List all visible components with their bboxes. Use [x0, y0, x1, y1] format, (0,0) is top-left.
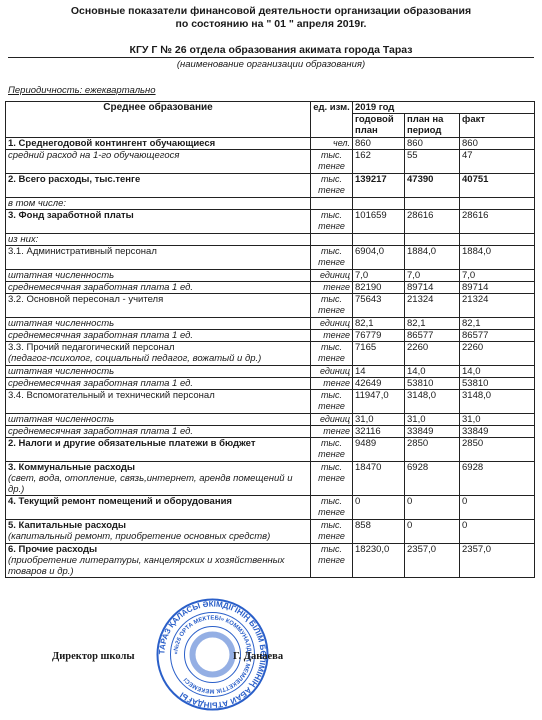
row-value-period: 0 — [405, 496, 460, 520]
row-value-period: 33849 — [405, 426, 460, 438]
row-label-text: в том числе: — [8, 198, 308, 209]
periodicity-label: Периодичность: ежеквартально — [8, 85, 156, 96]
header-unit: ед. изм. — [311, 102, 353, 138]
signer-name: Г. Данаева — [233, 651, 283, 662]
row-value-period: 47390 — [405, 174, 460, 198]
organization-underline — [8, 57, 534, 58]
row-value-annual: 18470 — [353, 462, 405, 496]
row-unit: тыс. тенге — [311, 246, 353, 270]
row-value-annual — [353, 234, 405, 246]
row-unit: тенге — [311, 426, 353, 438]
row-value-period: 14,0 — [405, 366, 460, 378]
row-value-period: 21324 — [405, 294, 460, 318]
row-value-fact: 2260 — [460, 342, 535, 366]
row-value-annual: 0 — [353, 496, 405, 520]
row-value-fact: 21324 — [460, 294, 535, 318]
row-label-text: штатная численность — [8, 270, 308, 281]
row-unit: тенге — [311, 378, 353, 390]
row-value-period: 31,0 — [405, 414, 460, 426]
row-value-annual — [353, 198, 405, 210]
row-value-period: 89714 — [405, 282, 460, 294]
row-unit: тенге — [311, 282, 353, 294]
table-row: штатная численностьединиц31,031,031,0 — [6, 414, 535, 426]
table-row: 1. Среднегодовой контингент обучающиесяч… — [6, 138, 535, 150]
table-row: 3.4. Вспомогательный и технический персо… — [6, 390, 535, 414]
row-unit: тыс. тенге — [311, 210, 353, 234]
row-value-period: 6928 — [405, 462, 460, 496]
row-value-annual: 14 — [353, 366, 405, 378]
row-unit: тыс. тенге — [311, 544, 353, 578]
row-value-fact — [460, 234, 535, 246]
table-row: 3. Фонд заработной платытыс. тенге101659… — [6, 210, 535, 234]
row-label: штатная численность — [6, 318, 311, 330]
table-row: 2. Налоги и другие обязательные платежи … — [6, 438, 535, 462]
row-value-fact: 28616 — [460, 210, 535, 234]
row-value-annual: 82190 — [353, 282, 405, 294]
row-value-annual: 75643 — [353, 294, 405, 318]
row-value-fact: 2357,0 — [460, 544, 535, 578]
row-value-annual: 76779 — [353, 330, 405, 342]
row-label-text: штатная численность — [8, 414, 308, 425]
row-unit: единиц — [311, 270, 353, 282]
row-label: 2. Всего расходы, тыс.тенге — [6, 174, 311, 198]
row-unit: тыс. тенге — [311, 294, 353, 318]
row-unit: чел. — [311, 138, 353, 150]
row-label: 3.1. Административный персонал — [6, 246, 311, 270]
signer-title: Директор школы — [52, 651, 135, 662]
row-label-text: среднемесячная заработная плата 1 ед. — [8, 330, 308, 341]
row-value-annual: 7,0 — [353, 270, 405, 282]
row-value-fact — [460, 198, 535, 210]
row-unit — [311, 234, 353, 246]
row-unit: тыс. тенге — [311, 496, 353, 520]
row-value-annual: 139217 — [353, 174, 405, 198]
row-label: 3. Фонд заработной платы — [6, 210, 311, 234]
row-value-period: 55 — [405, 150, 460, 174]
row-label-text: из них: — [8, 234, 308, 245]
table-row: 5. Капитальные расходы(капитальный ремон… — [6, 520, 535, 544]
row-value-fact: 86577 — [460, 330, 535, 342]
row-label-text: 3. Фонд заработной платы — [8, 210, 308, 221]
row-label: штатная численность — [6, 366, 311, 378]
row-value-period: 2357,0 — [405, 544, 460, 578]
row-value-annual: 162 — [353, 150, 405, 174]
row-label-text: 3.2. Основной пересонал - учителя — [8, 294, 308, 305]
table-row: 4. Текущий ремонт помещений и оборудован… — [6, 496, 535, 520]
table-row: в том числе: — [6, 198, 535, 210]
row-value-period: 7,0 — [405, 270, 460, 282]
row-label: средний расход на 1-го обучающегося — [6, 150, 311, 174]
row-label-text: штатная численность — [8, 318, 308, 329]
row-label-text: 3. Коммунальные расходы — [8, 462, 308, 473]
row-label: 3.4. Вспомогательный и технический персо… — [6, 390, 311, 414]
header-annual-plan: годовой план — [353, 114, 405, 138]
row-value-annual: 858 — [353, 520, 405, 544]
row-label-text: среднемесячная заработная плата 1 ед. — [8, 378, 308, 389]
row-value-fact: 89714 — [460, 282, 535, 294]
header-year: 2019 год — [353, 102, 535, 114]
row-value-fact: 7,0 — [460, 270, 535, 282]
row-value-period: 0 — [405, 520, 460, 544]
row-unit: тыс. тенге — [311, 174, 353, 198]
row-value-period: 28616 — [405, 210, 460, 234]
financial-indicators-table: Среднее образование ед. изм. 2019 год го… — [5, 101, 535, 578]
row-label-text: 2. Всего расходы, тыс.тенге — [8, 174, 308, 185]
row-sublabel: (свет, вода, отопление, связь,интернет, … — [8, 473, 308, 495]
table-row: 3. Коммунальные расходы(свет, вода, отоп… — [6, 462, 535, 496]
organization-name: КГУ Г № 26 отдела образования акимата го… — [0, 44, 542, 56]
row-value-period — [405, 234, 460, 246]
row-value-annual: 6904,0 — [353, 246, 405, 270]
row-label-text: 3.4. Вспомогательный и технический персо… — [8, 390, 308, 401]
row-value-fact: 82,1 — [460, 318, 535, 330]
row-value-period: 53810 — [405, 378, 460, 390]
row-sublabel: (приобретение литературы, канцелярских и… — [8, 555, 308, 577]
row-unit: единиц — [311, 414, 353, 426]
row-value-fact: 860 — [460, 138, 535, 150]
row-label: 1. Среднегодовой контингент обучающиеся — [6, 138, 311, 150]
table-row: среднемесячная заработная плата 1 ед.тен… — [6, 282, 535, 294]
row-value-annual: 7165 — [353, 342, 405, 366]
row-value-annual: 101659 — [353, 210, 405, 234]
row-sublabel: (капитальный ремонт, приобретение основн… — [8, 531, 308, 542]
row-label-text: штатная численность — [8, 366, 308, 377]
row-value-period: 82,1 — [405, 318, 460, 330]
row-label: 5. Капитальные расходы(капитальный ремон… — [6, 520, 311, 544]
row-value-fact: 2850 — [460, 438, 535, 462]
row-unit: единиц — [311, 318, 353, 330]
row-value-period: 2850 — [405, 438, 460, 462]
row-label: из них: — [6, 234, 311, 246]
row-label: штатная численность — [6, 414, 311, 426]
table-row: штатная численностьединиц82,182,182,1 — [6, 318, 535, 330]
row-unit: тенге — [311, 330, 353, 342]
row-label-text: 5. Капитальные расходы — [8, 520, 308, 531]
row-unit: тыс. тенге — [311, 520, 353, 544]
table-row: из них: — [6, 234, 535, 246]
table-row: 3.2. Основной пересонал - учителятыс. те… — [6, 294, 535, 318]
row-label: среднемесячная заработная плата 1 ед. — [6, 378, 311, 390]
row-value-period: 86577 — [405, 330, 460, 342]
row-unit: тыс. тенге — [311, 342, 353, 366]
row-value-period: 2260 — [405, 342, 460, 366]
row-value-period: 1884,0 — [405, 246, 460, 270]
table-row: 3.3. Прочий педагогический персонал(педа… — [6, 342, 535, 366]
row-unit: тыс. тенге — [311, 150, 353, 174]
row-value-fact: 3148,0 — [460, 390, 535, 414]
row-value-fact: 14,0 — [460, 366, 535, 378]
row-value-fact: 0 — [460, 496, 535, 520]
row-label-text: среднемесячная заработная плата 1 ед. — [8, 282, 308, 293]
report-date: по состоянию на " 01 " апреля 2019г. — [0, 18, 542, 30]
row-value-fact: 33849 — [460, 426, 535, 438]
row-value-fact: 47 — [460, 150, 535, 174]
row-label-text: 3.1. Административный персонал — [8, 246, 308, 257]
row-unit: тыс. тенге — [311, 438, 353, 462]
row-value-annual: 860 — [353, 138, 405, 150]
row-value-fact: 1884,0 — [460, 246, 535, 270]
table-row: 6. Прочие расходы(приобретение литератур… — [6, 544, 535, 578]
table-row: 2. Всего расходы, тыс.тенгетыс. тенге139… — [6, 174, 535, 198]
table-row: средний расход на 1-го обучающегосятыс. … — [6, 150, 535, 174]
row-label: 6. Прочие расходы(приобретение литератур… — [6, 544, 311, 578]
row-label: 3.2. Основной пересонал - учителя — [6, 294, 311, 318]
row-value-annual: 9489 — [353, 438, 405, 462]
table-row: среднемесячная заработная плата 1 ед.тен… — [6, 378, 535, 390]
row-value-annual: 11947,0 — [353, 390, 405, 414]
row-unit: тыс. тенге — [311, 462, 353, 496]
row-value-fact: 6928 — [460, 462, 535, 496]
row-value-annual: 82,1 — [353, 318, 405, 330]
row-label-text: 3.3. Прочий педагогический персонал — [8, 342, 308, 353]
row-value-annual: 32116 — [353, 426, 405, 438]
row-label: 3. Коммунальные расходы(свет, вода, отоп… — [6, 462, 311, 496]
row-label: среднемесячная заработная плата 1 ед. — [6, 282, 311, 294]
row-value-annual: 18230,0 — [353, 544, 405, 578]
row-label: в том числе: — [6, 198, 311, 210]
header-fact: факт — [460, 114, 535, 138]
row-label-text: средний расход на 1-го обучающегося — [8, 150, 308, 161]
header-section: Среднее образование — [6, 102, 311, 138]
row-value-fact: 40751 — [460, 174, 535, 198]
row-value-fact: 31,0 — [460, 414, 535, 426]
row-unit: единиц — [311, 366, 353, 378]
table-row: среднемесячная заработная плата 1 ед.тен… — [6, 426, 535, 438]
header-period-plan: план на период — [405, 114, 460, 138]
row-value-period — [405, 198, 460, 210]
row-label: 4. Текущий ремонт помещений и оборудован… — [6, 496, 311, 520]
row-value-fact: 0 — [460, 520, 535, 544]
row-value-annual: 42649 — [353, 378, 405, 390]
row-value-annual: 31,0 — [353, 414, 405, 426]
row-unit — [311, 198, 353, 210]
table-row: среднемесячная заработная плата 1 ед.тен… — [6, 330, 535, 342]
row-value-period: 860 — [405, 138, 460, 150]
row-label: 3.3. Прочий педагогический персонал(педа… — [6, 342, 311, 366]
report-title: Основные показатели финансовой деятельно… — [0, 5, 542, 17]
row-label-text: 1. Среднегодовой контингент обучающиеся — [8, 138, 308, 149]
table-row: штатная численностьединиц7,07,07,0 — [6, 270, 535, 282]
row-unit: тыс. тенге — [311, 390, 353, 414]
table-row: штатная численностьединиц1414,014,0 — [6, 366, 535, 378]
row-label: среднемесячная заработная плата 1 ед. — [6, 426, 311, 438]
table-row: 3.1. Административный персоналтыс. тенге… — [6, 246, 535, 270]
row-label: 2. Налоги и другие обязательные платежи … — [6, 438, 311, 462]
organization-caption: (наименование организации образования) — [0, 59, 542, 70]
row-value-fact: 53810 — [460, 378, 535, 390]
row-label-text: 2. Налоги и другие обязательные платежи … — [8, 438, 308, 449]
row-label-text: 4. Текущий ремонт помещений и оборудован… — [8, 496, 308, 507]
row-value-period: 3148,0 — [405, 390, 460, 414]
row-label: среднемесячная заработная плата 1 ед. — [6, 330, 311, 342]
row-label-text: среднемесячная заработная плата 1 ед. — [8, 426, 308, 437]
row-label: штатная численность — [6, 270, 311, 282]
row-sublabel: (педагог-психолог, социальный педагог, в… — [8, 353, 308, 364]
row-label-text: 6. Прочие расходы — [8, 544, 308, 555]
